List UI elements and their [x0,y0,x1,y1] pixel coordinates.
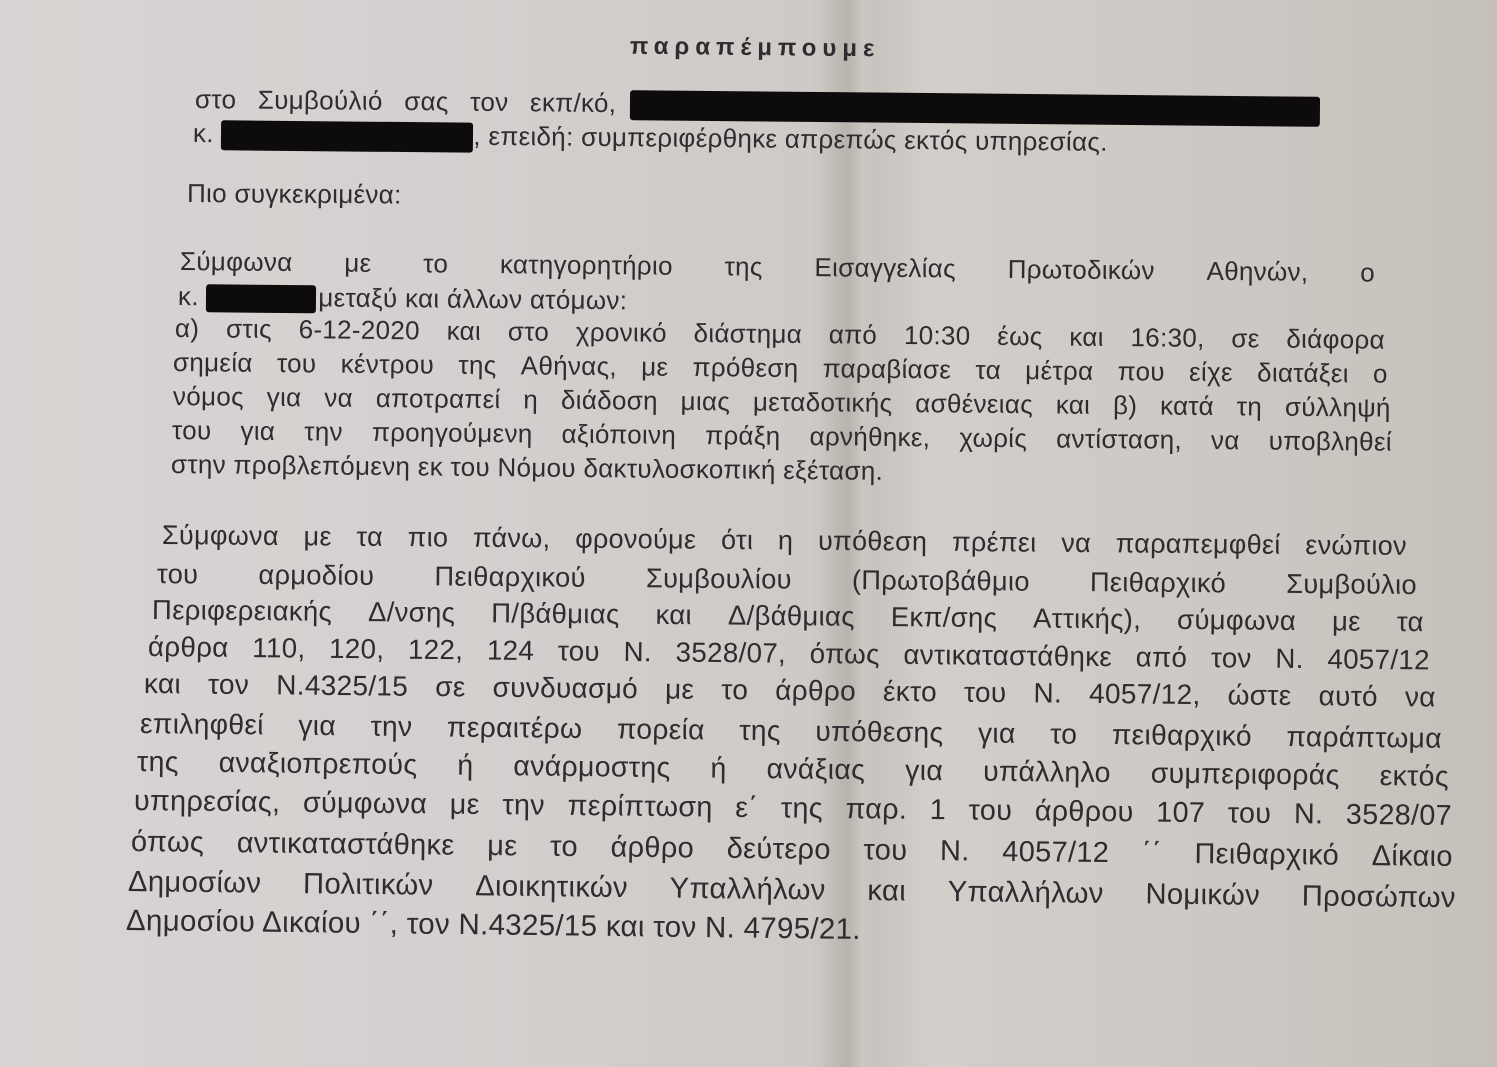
line-text: Δημοσίου Δικαίου ΄΄, τον Ν.4325/15 και τ… [126,904,861,946]
paragraph2-line-2: τουαρμοδίουΠειθαρχικούΣυμβουλίου(Πρωτοβά… [157,558,1417,601]
line-text: Σύμφωναμεταπιοπάνω,φρονούμεότιηυπόθεσηπρ… [162,520,1407,562]
intro-k-prefix: κ. [193,118,214,148]
document-heading: παραπέμπουμε [630,33,881,64]
paragraph2-line-11: Δημοσίου Δικαίου ΄΄, τον Ν.4325/15 και τ… [126,904,861,947]
paragraph2-line-3: ΠεριφερειακήςΔ/νσηςΠ/βάθμιαςκαιΔ/βάθμιας… [152,594,1424,638]
line-text: καιτονΝ.4325/15σεσυνδυασμόμετοάρθροέκτοτ… [144,668,1436,714]
paragraph1-line-7: στην προβλεπόμενη εκ του Νόμου δακτυλοσκ… [171,449,883,487]
line-text: υπηρεσίας,σύμφωναμετηνπερίπτωσηε΄τηςπαρ.… [134,785,1452,833]
paragraph1-line-2: κ. μεταξύ και άλλων ατόμων: [178,281,628,316]
line-text: στην προβλεπόμενη εκ του Νόμου δακτυλοσκ… [171,449,883,486]
redaction-bar [221,120,473,152]
paragraph2-line-5: καιτονΝ.4325/15σεσυνδυασμόμετοάρθροέκτοτ… [144,668,1436,714]
intro-line-2: κ. , επειδή: συμπεριφέρθηκε απρεπώς εκτό… [193,118,1108,159]
paragraph2-line-9: όπωςαντικαταστάθηκεμετοάρθροδεύτεροτουΝ.… [131,826,1453,874]
paragraph2-line-1: Σύμφωναμεταπιοπάνω,φρονούμεότιηυπόθεσηπρ… [162,520,1407,562]
paragraph1-text: μεταξύ και άλλων ατόμων: [318,282,627,315]
intro-text-2: , επειδή: συμπεριφέρθηκε απρεπώς εκτός υ… [473,121,1108,157]
paragraph2-line-8: υπηρεσίας,σύμφωναμετηνπερίπτωσηε΄τηςπαρ.… [134,785,1452,833]
paragraph1-k-prefix: κ. [178,281,199,311]
scanned-document-page: παραπέμπουμε στο Συμβούλιό σας τον εκπ/κ… [0,0,1497,1067]
redaction-bar [630,90,1320,127]
specifically-label: Πιο συγκεκριμένα: [187,178,402,210]
intro-text-1: στο Συμβούλιό σας τον εκπ/κό, [195,84,617,118]
redaction-bar [206,284,316,313]
line-text: όπωςαντικαταστάθηκεμετοάρθροδεύτεροτουΝ.… [131,826,1453,874]
line-text: ΠεριφερειακήςΔ/νσηςΠ/βάθμιαςκαιΔ/βάθμιας… [152,594,1424,638]
line-text: τουαρμοδίουΠειθαρχικούΣυμβουλίου(Πρωτοβά… [157,558,1417,601]
